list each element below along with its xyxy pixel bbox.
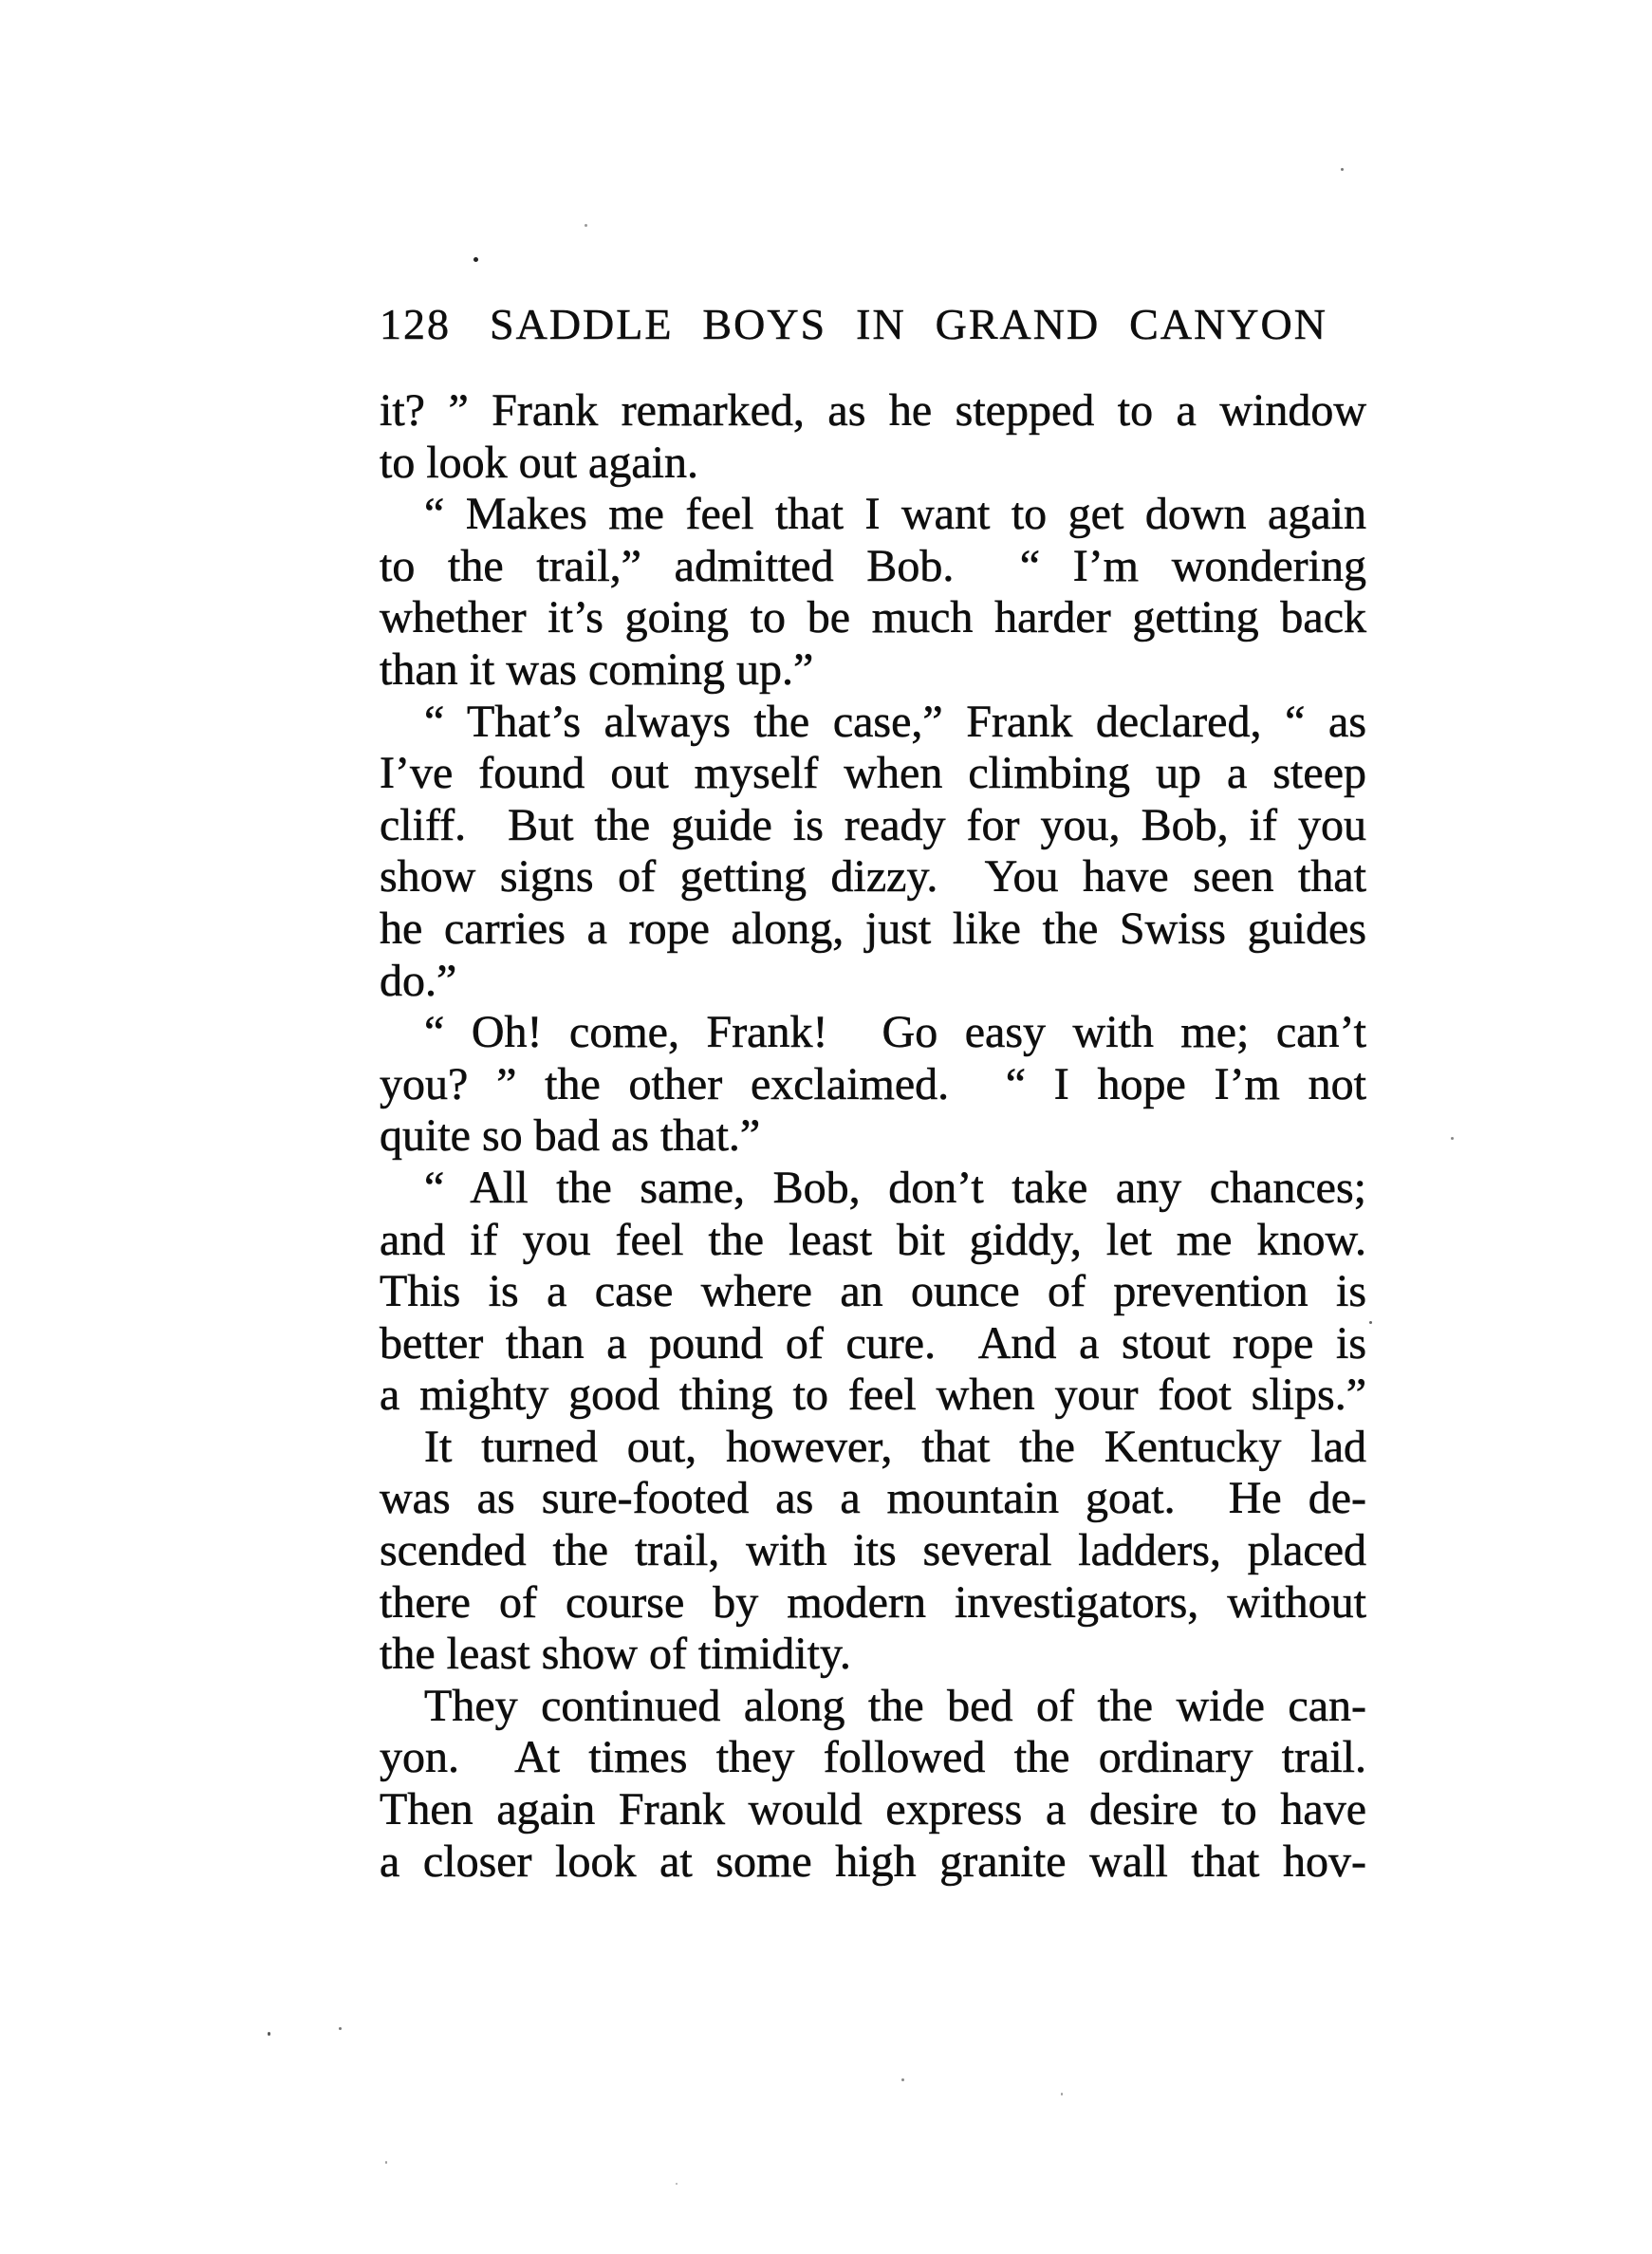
text-line: yon. At times they followed the ordinary… bbox=[380, 1732, 1366, 1784]
scan-speck bbox=[339, 2027, 342, 2030]
scan-speck bbox=[585, 224, 587, 227]
scan-speck bbox=[901, 2078, 904, 2081]
scan-speck bbox=[1369, 1321, 1372, 1324]
text-line: Then again Frank would express a desire … bbox=[380, 1784, 1366, 1836]
text-line: was as sure-footed as a mountain goat. H… bbox=[380, 1473, 1366, 1525]
text-line: better than a pound of cure. And a stout… bbox=[380, 1318, 1366, 1370]
scan-speck bbox=[1061, 2093, 1063, 2096]
scan-speck bbox=[473, 257, 478, 262]
scan-speck bbox=[1451, 1137, 1454, 1140]
text-line: than it was coming up.” bbox=[380, 644, 1366, 697]
text-line: It turned out, however, that the Kentuck… bbox=[380, 1422, 1366, 1474]
page-text: it? ” Frank remarked, as he stepped to a… bbox=[380, 385, 1366, 1888]
text-line: a mighty good thing to feel when your fo… bbox=[380, 1369, 1366, 1422]
scan-speck bbox=[676, 2183, 678, 2185]
text-line: They continued along the bed of the wide… bbox=[380, 1681, 1366, 1733]
text-line: it? ” Frank remarked, as he stepped to a… bbox=[380, 385, 1366, 438]
text-line: show signs of getting dizzy. You have se… bbox=[380, 851, 1366, 903]
text-line: scended the trail, with its several ladd… bbox=[380, 1525, 1366, 1577]
text-line: quite so bad as that.” bbox=[380, 1110, 1366, 1163]
scan-speck bbox=[1341, 168, 1344, 171]
text-line: “ That’s always the case,” Frank declare… bbox=[380, 697, 1366, 749]
text-line: the least show of timidity. bbox=[380, 1629, 1366, 1681]
text-line: there of course by modern investigators,… bbox=[380, 1577, 1366, 1630]
text-line: a closer look at some high granite wall … bbox=[380, 1836, 1366, 1889]
text-line: “ Makes me feel that I want to get down … bbox=[380, 489, 1366, 541]
text-line: This is a case where an ounce of prevent… bbox=[380, 1266, 1366, 1318]
scan-speck bbox=[385, 2161, 387, 2164]
book-page-scan: 128 SADDLE BOYS IN GRAND CANYON it? ” Fr… bbox=[0, 0, 1652, 2254]
text-line: do.” bbox=[380, 956, 1366, 1008]
text-line: “ All the same, Bob, don’t take any chan… bbox=[380, 1163, 1366, 1215]
text-line: whether it’s going to be much harder get… bbox=[380, 592, 1366, 644]
text-line: he carries a rope along, just like the S… bbox=[380, 903, 1366, 956]
page-number: 128 bbox=[380, 300, 451, 349]
text-line: cliff. But the guide is ready for you, B… bbox=[380, 800, 1366, 852]
scan-speck bbox=[268, 2032, 270, 2036]
text-line: and if you feel the least bit giddy, let… bbox=[380, 1215, 1366, 1267]
running-head-title: SADDLE BOYS IN GRAND CANYON bbox=[451, 300, 1366, 349]
running-head: 128 SADDLE BOYS IN GRAND CANYON bbox=[380, 300, 1366, 349]
text-line: to look out again. bbox=[380, 438, 1366, 490]
text-line: you? ” the other exclaimed. “ I hope I’m… bbox=[380, 1059, 1366, 1111]
text-line: “ Oh! come, Frank! Go easy with me; can’… bbox=[380, 1007, 1366, 1059]
text-line: I’ve found out myself when climbing up a… bbox=[380, 748, 1366, 800]
text-line: to the trail,” admitted Bob. “ I’m wonde… bbox=[380, 541, 1366, 593]
